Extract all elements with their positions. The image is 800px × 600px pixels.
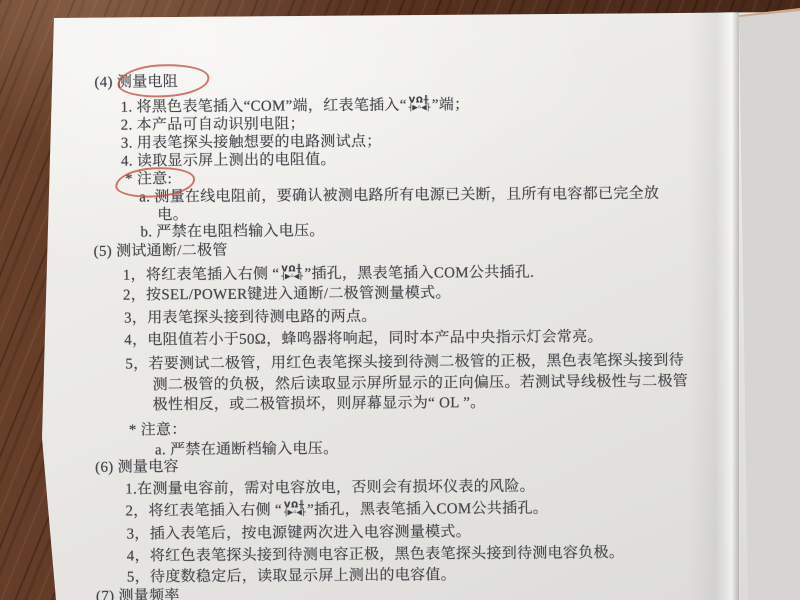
manual-text: (4) 测量电阻 1. 将黑色表笔插入“COM”端，红表笔插入“VΩ╫┤▶◦◀├… xyxy=(0,0,800,600)
section6-item-2: 2，将红表笔插入右侧 “VΩ╫┤▶◦◀├”插孔，黑表笔插入COM公共插孔。 xyxy=(125,500,548,522)
section6-header: (6) 测量电容 xyxy=(95,458,179,478)
section5-item-5-line1: 5，若要测试二极管，用红色表笔探头接到待测二极管的正极，黑色表笔探头接到待 xyxy=(125,352,684,375)
section5-header: (5) 测试通断/二极管 xyxy=(94,242,228,262)
section4-item-1-post: ”端； xyxy=(432,97,470,113)
section4-note-b: b. 严禁在电阻档输入电压。 xyxy=(140,222,324,242)
section5-item-2: 2，按SEL/POWER键进入通断/二极管测量模式。 xyxy=(123,284,451,305)
photo-scene: (4) 测量电阻 1. 将黑色表笔插入“COM”端，红表笔插入“VΩ╫┤▶◦◀├… xyxy=(0,0,800,600)
section5-item-5-line2: 测二极管的负极，然后读取显示屏所显示的正向偏压。若测试导线极性与二极管 xyxy=(152,373,688,396)
section6-item-2-pre: 2，将红表笔插入右侧 “ xyxy=(125,502,282,519)
section5-item-5-line3: 极性相反，或二极管损坏，则屏幕显示为“ OL ”。 xyxy=(153,394,486,415)
section5-item-1-pre: 1，将红表笔插入右侧 “ xyxy=(123,266,280,283)
section5-item-3: 3，用表笔探头接到待测电路的两点。 xyxy=(124,308,377,329)
section4-note-a-line1: a. 测量在线电阻前，要确认被测电路所有电源已关断，且所有电容都已完全放 xyxy=(139,185,659,208)
section5-note-label: * 注意： xyxy=(129,421,187,440)
section6-item-4: 4，将红色表笔探头接到待测电容正极，黑色表笔探头接到待测电容负极。 xyxy=(127,544,625,566)
section5-note-a: a. 严禁在通断档输入电压。 xyxy=(155,440,338,460)
section4-item-1-pre: 1. 将黑色表笔插入“COM”端，红表笔插入“ xyxy=(121,98,407,116)
jack-icon-bottom-row: ┤▶◦◀├ xyxy=(409,104,430,111)
vohm-diode-jack-icon: VΩ╫┤▶◦◀├ xyxy=(281,265,302,280)
vohm-diode-jack-icon: VΩ╫┤▶◦◀├ xyxy=(284,501,305,516)
section5-item-1-post: ”插孔，黑表笔插入COM公共插孔. xyxy=(304,265,534,283)
jack-icon-bottom-row: ┤▶◦◀├ xyxy=(284,509,305,516)
section6-item-2-post: ”插孔，黑表笔插入COM公共插孔。 xyxy=(307,501,548,519)
section5-item-4: 4，电阻值若小于50Ω，蜂鸣器将响起，同时本产品中央指示灯会常亮。 xyxy=(124,328,603,350)
section6-item-3: 3，插入表笔后，按电源键两次进入电容测量模式。 xyxy=(127,523,472,544)
jack-icon-bottom-row: ┤▶◦◀├ xyxy=(281,273,302,280)
vohm-diode-jack-icon: VΩ╫┤▶◦◀├ xyxy=(409,96,430,111)
red-pen-circle-resistance-title xyxy=(117,62,210,99)
section7-header: (7) 测量频率 xyxy=(96,587,180,600)
section6-item-5: 5，待度数稳定后，读取显示屏上测出的电容值。 xyxy=(127,566,456,587)
section4-item-3: 3. 用表笔探头接触想要的电路测试点； xyxy=(121,133,382,154)
section6-item-1: 1.在测量电容前，需对电容放电，否则会有损坏仪表的风险。 xyxy=(125,478,535,500)
section5-item-1: 1，将红表笔插入右侧 “VΩ╫┤▶◦◀├”插孔，黑表笔插入COM公共插孔. xyxy=(123,264,534,286)
